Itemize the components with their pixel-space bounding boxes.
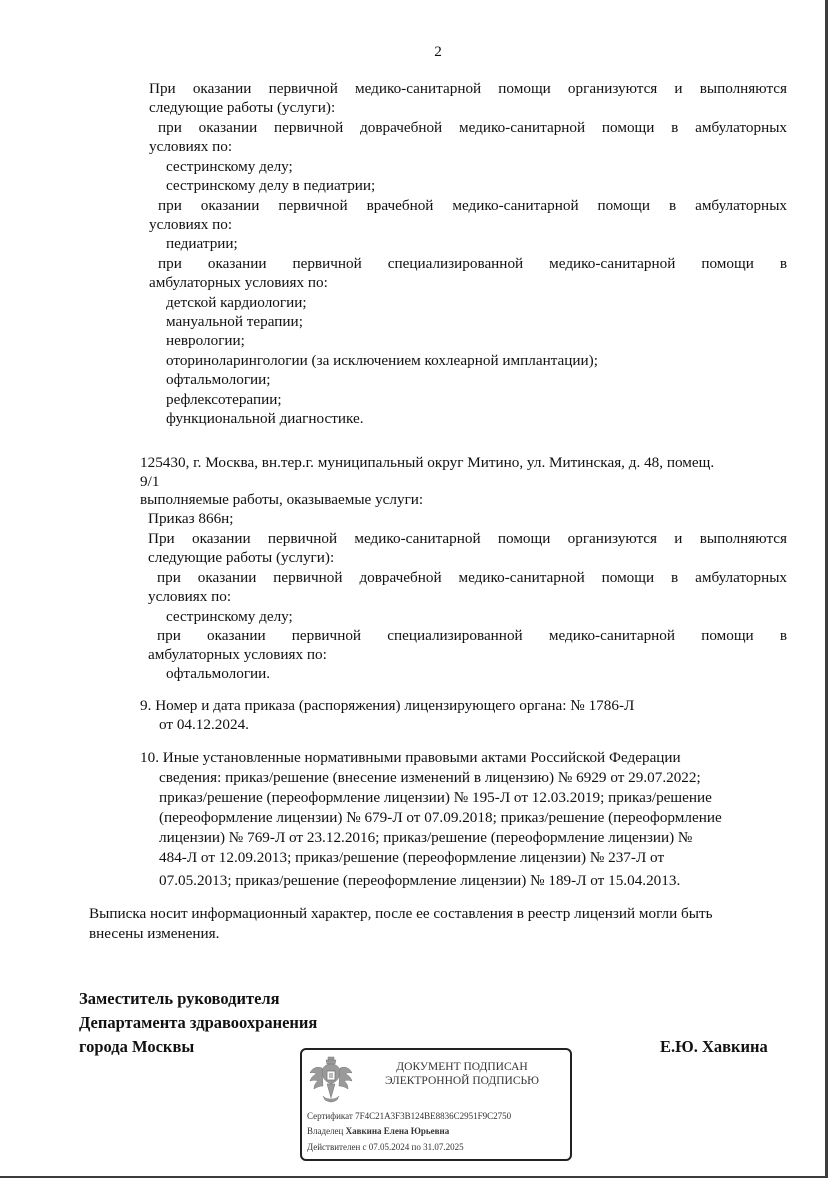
order-reference: Приказ 866н; bbox=[148, 509, 234, 529]
intro-line: При оказании первичной медико-санитарной… bbox=[149, 79, 787, 99]
item-10-line: (переоформление лицензии) № 679-Л от 07.… bbox=[159, 808, 722, 828]
list-item: рефлексотерапии; bbox=[166, 390, 282, 410]
disclaimer-line: Выписка носит информационный характер, п… bbox=[89, 904, 713, 924]
item-10-line: лицензии) № 769-Л от 23.12.2016; приказ/… bbox=[159, 828, 692, 848]
subheading-line: условиях по: bbox=[148, 587, 231, 607]
item-10-line: 484-Л от 12.09.2013; приказ/решение (пер… bbox=[159, 848, 664, 868]
address-line: 125430, г. Москва, вн.тер.г. муниципальн… bbox=[140, 453, 714, 473]
list-item: детской кардиологии; bbox=[166, 293, 307, 313]
list-item: мануальной терапии; bbox=[166, 312, 303, 332]
item-10-line: сведения: приказ/решение (внесение измен… bbox=[159, 768, 701, 788]
intro-line: следующие работы (услуги): bbox=[149, 98, 335, 118]
item-10-line: приказ/решение (переоформление лицензии)… bbox=[159, 788, 712, 808]
stamp-validity: Действителен с 07.05.2024 по 31.07.2025 bbox=[307, 1141, 464, 1153]
list-item: оториноларингологии (за исключением кохл… bbox=[166, 351, 598, 371]
document-page: 2 При оказании первичной медико-санитарн… bbox=[0, 0, 828, 1178]
certificate-value: 7F4C21A3F3B124BE8836C2951F9C2750 bbox=[355, 1111, 511, 1121]
item-9-line: от 04.12.2024. bbox=[159, 715, 249, 735]
subheading-line: при оказании первичной специализированно… bbox=[157, 626, 787, 646]
certificate-label: Сертификат bbox=[307, 1111, 353, 1121]
signatory-name: Е.Ю. Хавкина bbox=[660, 1037, 768, 1057]
list-item: сестринскому делу; bbox=[166, 157, 293, 177]
subheading-line: амбулаторных условиях по: bbox=[148, 645, 327, 665]
subheading-line: условиях по: bbox=[149, 215, 232, 235]
electronic-signature-stamp: ДОКУМЕНТ ПОДПИСАН ЭЛЕКТРОННОЙ ПОДПИСЬЮ С… bbox=[300, 1048, 572, 1161]
address-line: 9/1 bbox=[140, 472, 159, 492]
stamp-certificate: Сертификат 7F4C21A3F3B124BE8836C2951F9C2… bbox=[307, 1110, 511, 1122]
intro-line: При оказании первичной медико-санитарной… bbox=[148, 529, 787, 549]
item-10-line: 07.05.2013; приказ/решение (переоформлен… bbox=[159, 871, 680, 891]
item-10-line: 10. Иные установленные нормативными прав… bbox=[140, 748, 681, 768]
owner-value: Хавкина Елена Юрьевна bbox=[346, 1126, 450, 1136]
list-item: сестринскому делу в педиатрии; bbox=[166, 176, 375, 196]
works-label: выполняемые работы, оказываемые услуги: bbox=[140, 490, 423, 510]
subheading-line: при оказании первичной врачебной медико-… bbox=[158, 196, 787, 216]
signatory-position: Департамента здравоохранения bbox=[79, 1013, 317, 1033]
list-item: неврологии; bbox=[166, 331, 245, 351]
disclaimer-line: внесены изменения. bbox=[89, 924, 219, 944]
intro-line: следующие работы (услуги): bbox=[148, 548, 334, 568]
signatory-position: Заместитель руководителя bbox=[79, 989, 280, 1009]
item-9-line: 9. Номер и дата приказа (распоряжения) л… bbox=[140, 696, 634, 716]
stamp-owner: Владелец Хавкина Елена Юрьевна bbox=[307, 1125, 449, 1137]
signatory-position: города Москвы bbox=[79, 1037, 194, 1057]
list-item: сестринскому делу; bbox=[166, 607, 293, 627]
subheading-line: условиях по: bbox=[149, 137, 232, 157]
list-item: офтальмологии; bbox=[166, 370, 271, 390]
owner-label: Владелец bbox=[307, 1126, 343, 1136]
stamp-heading: ДОКУМЕНТ ПОДПИСАН bbox=[362, 1061, 562, 1074]
list-item: офтальмологии. bbox=[166, 664, 270, 684]
list-item: педиатрии; bbox=[166, 234, 238, 254]
subheading-line: при оказании первичной специализированно… bbox=[158, 254, 787, 274]
russian-coat-of-arms-icon bbox=[308, 1054, 354, 1104]
subheading-line: при оказании первичной доврачебной медик… bbox=[157, 568, 787, 588]
subheading-line: амбулаторных условиях по: bbox=[149, 273, 328, 293]
subheading-line: при оказании первичной доврачебной медик… bbox=[158, 118, 787, 138]
page-number: 2 bbox=[0, 42, 828, 62]
stamp-heading: ЭЛЕКТРОННОЙ ПОДПИСЬЮ bbox=[362, 1075, 562, 1088]
list-item: функциональной диагностике. bbox=[166, 409, 364, 429]
